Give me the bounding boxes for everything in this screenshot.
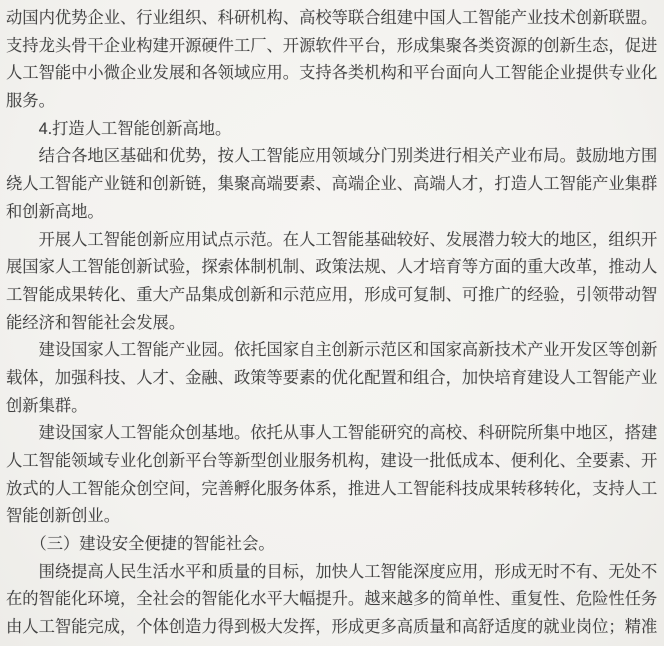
text-line: 围绕提高人民生活水平和质量的目标，加快人工智能深度应用，形成无时不有、无处不 [6, 559, 658, 587]
text-line: 结合各地区基础和优势，按人工智能应用领域分门别类进行相关产业布局。鼓励地方围 [6, 143, 658, 171]
text-line: 放式的人工智能众创空间，完善孵化服务体系，推进人工智能科技成果转移转化，支持人工 [6, 476, 658, 504]
section-heading-line: 4.打造人工智能创新高地。 [6, 116, 658, 144]
text-line: 由人工智能完成，个体创造力得到极大发挥，形成更多高质量和高舒适度的就业岗位；精准 [6, 614, 658, 642]
text-line: 能经济和智能社会发展。 [6, 310, 658, 338]
text-line: 工智能成果转化、重大产品集成创新和示范应用，形成可复制、可推广的经验，引领带动智 [6, 282, 658, 310]
text-line: 建设国家人工智能产业园。依托国家自主创新示范区和国家高新技术产业开发区等创新 [6, 337, 658, 365]
text-line: 服务。 [6, 88, 658, 116]
text-line: 动国内优势企业、行业组织、科研机构、高校等联合组建中国人工智能产业技术创新联盟。 [6, 5, 658, 33]
text-line: 支持龙头骨干企业构建开源硬件工厂、开源软件平台，形成集聚各类资源的创新生态，促进 [6, 33, 658, 61]
text-line: 在的智能化环境，全社会的智能化水平大幅提升。越来越多的简单性、重复性、危险性任务 [6, 586, 658, 614]
section-heading-line: （三）建设安全便捷的智能社会。 [6, 531, 658, 559]
text-line: 和创新高地。 [6, 199, 658, 227]
text-line: 绕人工智能产业链和创新链，集聚高端要素、高端企业、高端人才，打造人工智能产业集群 [6, 171, 658, 199]
text-line: 人工智能领域专业化创新平台等新型创业服务机构，建设一批低成本、便利化、全要素、开 [6, 448, 658, 476]
document-page: 动国内优势企业、行业组织、科研机构、高校等联合组建中国人工智能产业技术创新联盟。… [0, 0, 664, 646]
text-line: 创新集群。 [6, 393, 658, 421]
text-line: 建设国家人工智能众创基地。依托从事人工智能研究的高校、科研院所集中地区，搭建 [6, 420, 658, 448]
text-line: 人工智能中小微企业发展和各领域应用。支持各类机构和平台面向人工智能企业提供专业化 [6, 60, 658, 88]
text-line: 智能创新创业。 [6, 503, 658, 531]
text-line: 载体，加强科技、人才、金融、政策等要素的优化配置和组合，加快培育建设人工智能产业 [6, 365, 658, 393]
text-line: 开展人工智能创新应用试点示范。在人工智能基础较好、发展潜力较大的地区，组织开 [6, 227, 658, 255]
text-line: 展国家人工智能创新试验，探索体制机制、政策法规、人才培育等方面的重大改革，推动人 [6, 254, 658, 282]
